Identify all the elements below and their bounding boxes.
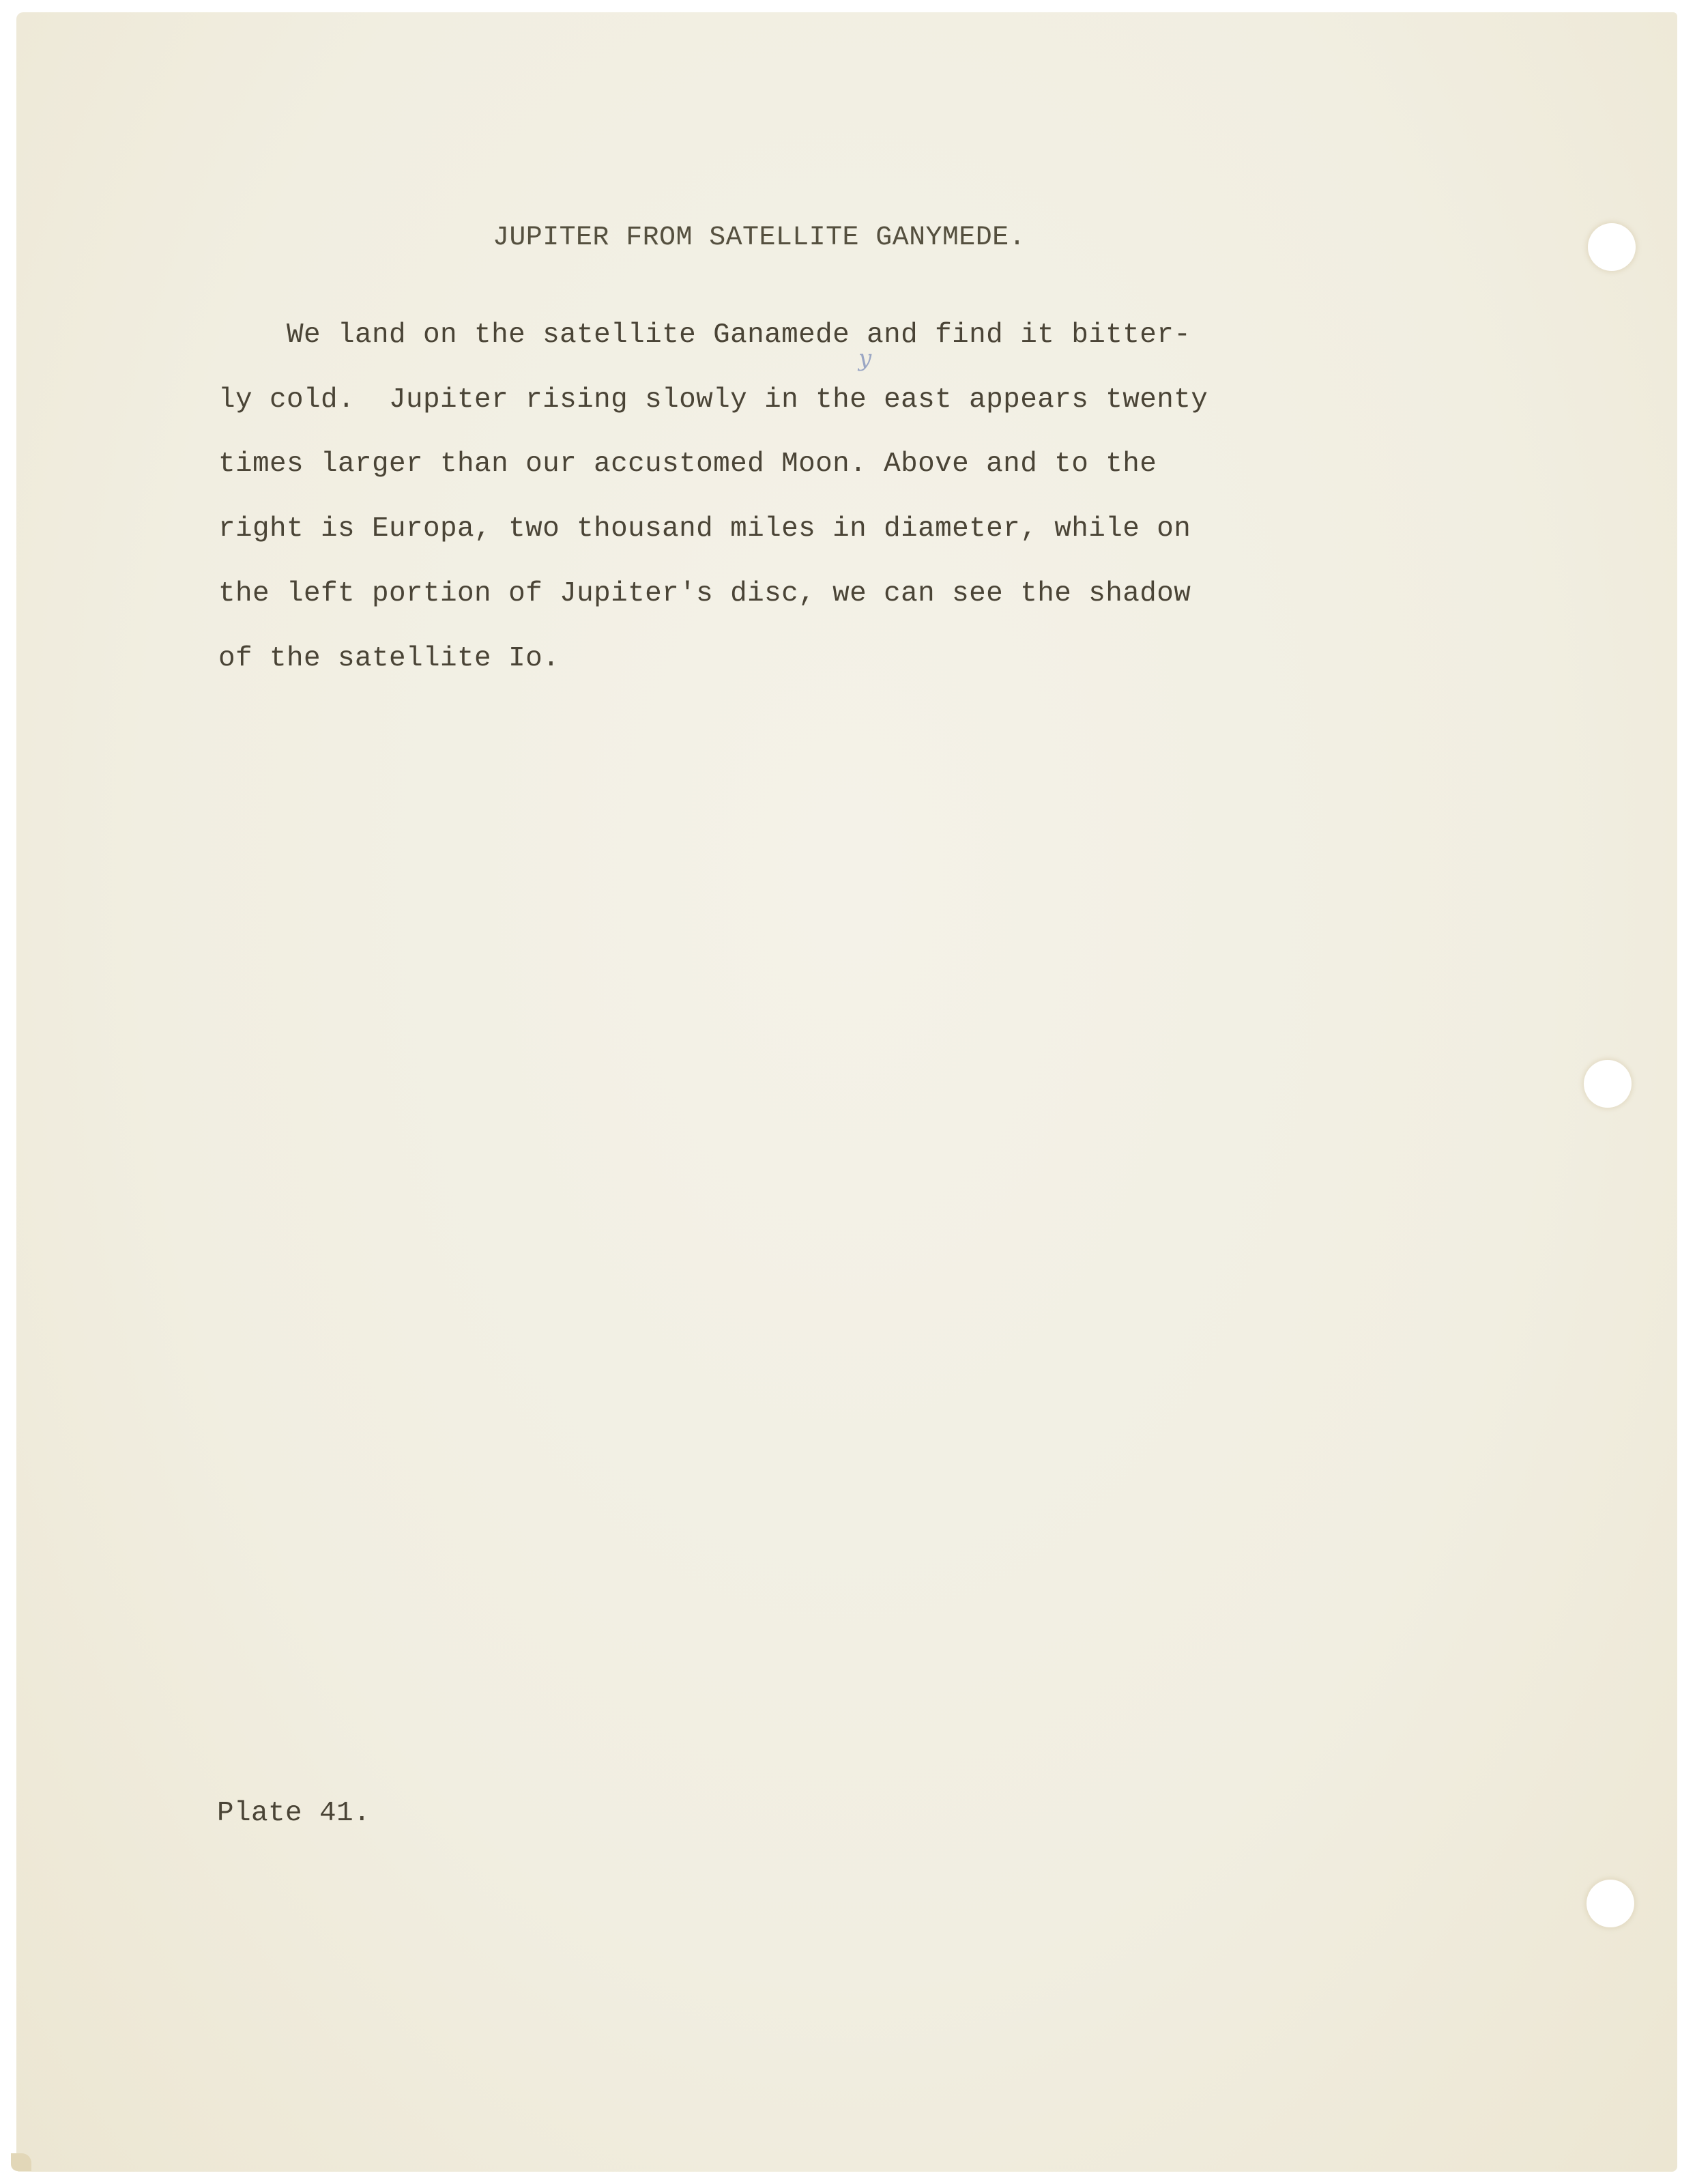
page-corner-curl [11,2153,31,2171]
paragraph-line-4: right is Europa, two thousand miles in d… [218,513,1191,545]
punch-hole-middle [1584,1060,1632,1108]
handwritten-correction: y [858,345,871,372]
punch-hole-bottom [1587,1880,1634,1927]
paragraph-line-1: We land on the satellite Ganamede and fi… [218,319,1191,351]
paragraph-line-2: ly cold. Jupiter rising slowly in the ea… [218,384,1208,416]
page-title: JUPITER FROM SATELLITE GANYMEDE. [493,222,1026,253]
paragraph-line-3: times larger than our accustomed Moon. A… [218,448,1157,480]
plate-number: Plate 41. [217,1798,371,1829]
paragraph-line-5: the left portion of Jupiter's disc, we c… [218,578,1191,609]
paragraph-line-6: of the satellite Io. [218,643,560,674]
punch-hole-top [1588,223,1636,271]
